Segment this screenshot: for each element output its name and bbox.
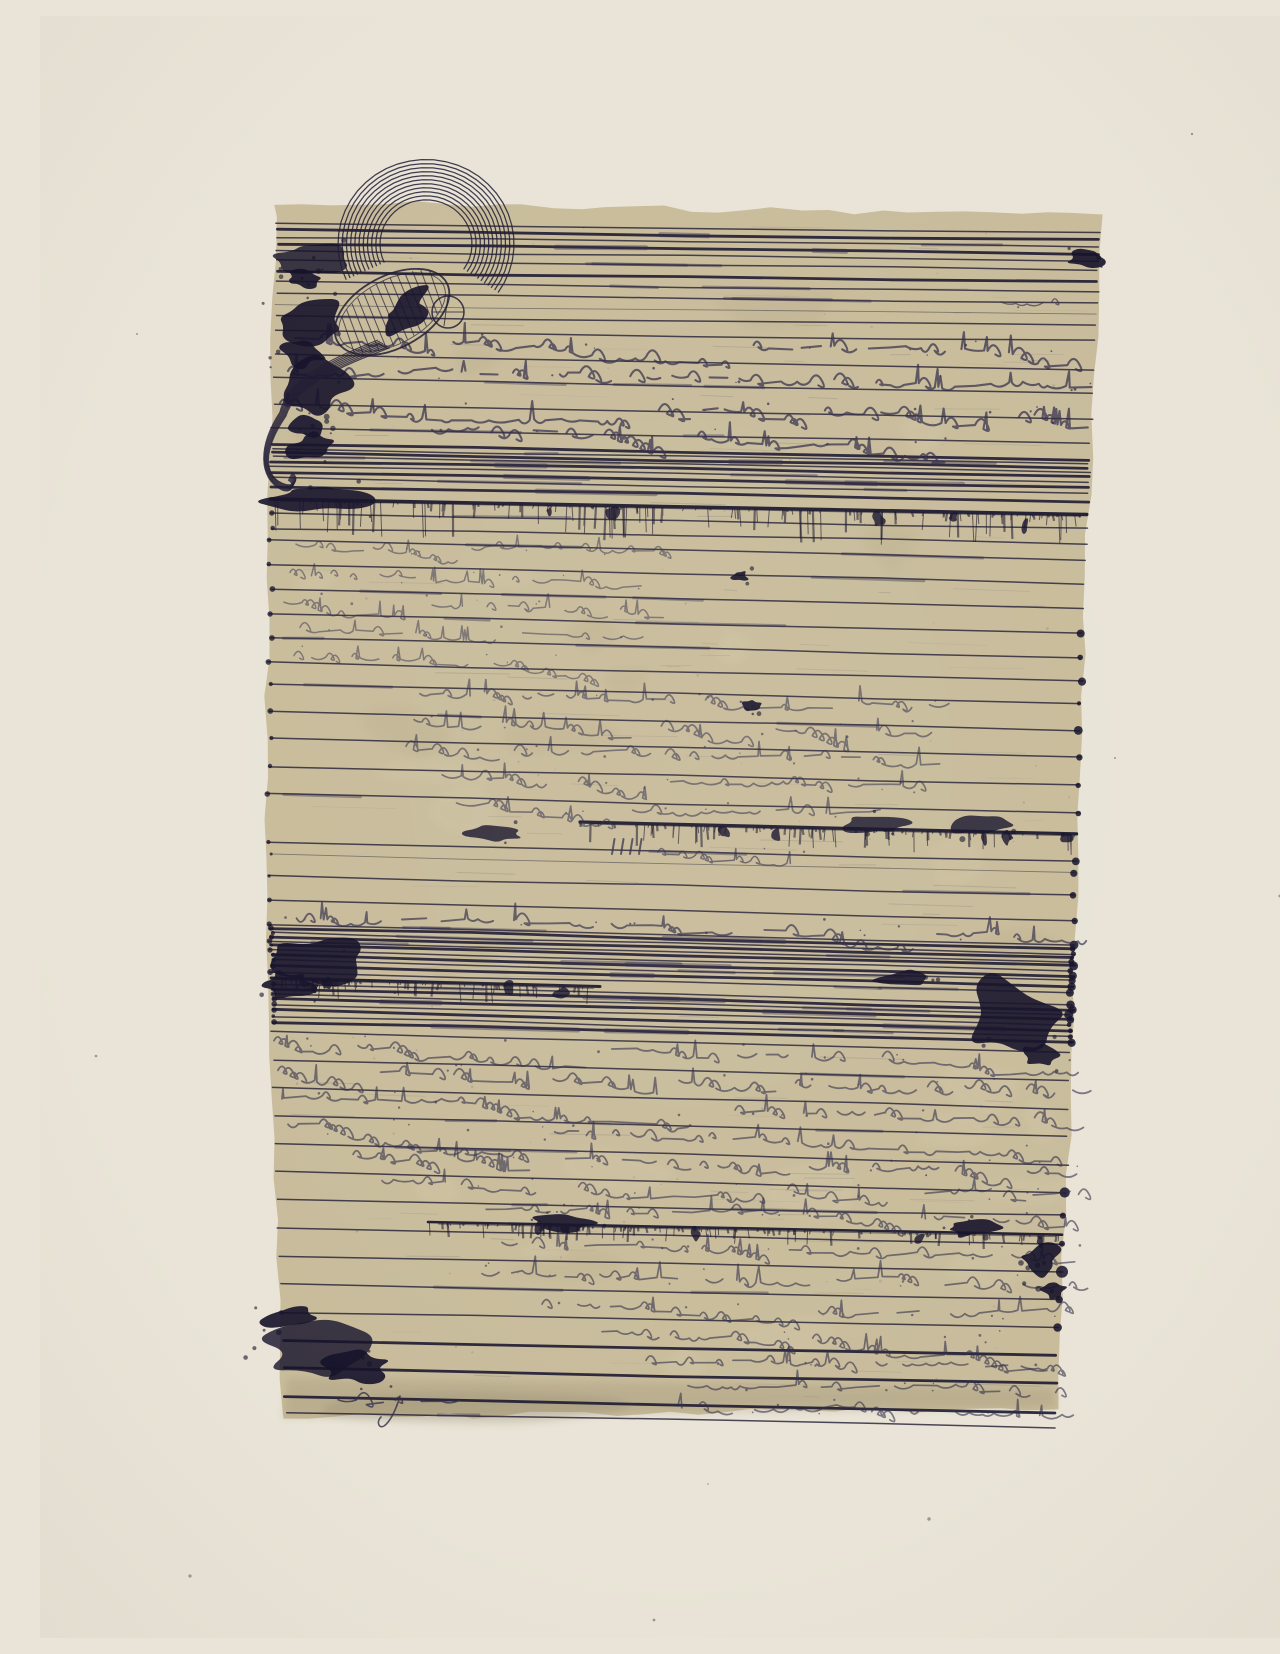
- manuscript-print-svg: [40, 16, 1280, 1638]
- manuscript-artwork: Print of a torn tan manuscript sheet cov…: [40, 16, 1280, 1638]
